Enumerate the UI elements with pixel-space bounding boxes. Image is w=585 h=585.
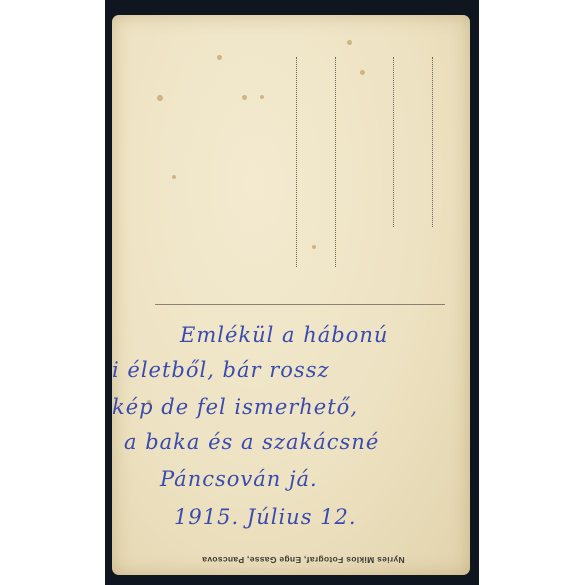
foxing-spot bbox=[347, 40, 352, 45]
foxing-spot bbox=[157, 95, 163, 101]
handwriting-line: Emlékül a hábonú bbox=[180, 323, 388, 347]
stamp-guide-line bbox=[296, 57, 297, 267]
foxing-spot bbox=[172, 175, 176, 179]
handwriting-line: a baka és a szakácsné bbox=[124, 430, 379, 454]
foxing-spot bbox=[217, 55, 222, 60]
divider-line bbox=[155, 304, 445, 305]
stamp-guide-line bbox=[393, 57, 394, 227]
postcard-back: Emlékül a hábonú i életből, bár rossz ké… bbox=[112, 15, 470, 575]
stamp-guide-line bbox=[432, 57, 433, 227]
handwriting-line: kép de fel ismerhető, bbox=[112, 395, 358, 419]
foxing-spot bbox=[312, 245, 316, 249]
foxing-spot bbox=[260, 95, 264, 99]
handwriting-line: 1915. Július 12. bbox=[174, 505, 357, 529]
photographer-imprint: Nyries Miklos Fotograf, Enge Gasse, Panc… bbox=[202, 555, 405, 565]
handwriting-line: i életből, bár rossz bbox=[112, 358, 330, 382]
foxing-spot bbox=[242, 95, 247, 100]
stamp-guide-line bbox=[335, 57, 336, 267]
handwriting-line: Páncsován já. bbox=[160, 467, 318, 491]
foxing-spot bbox=[360, 70, 365, 75]
